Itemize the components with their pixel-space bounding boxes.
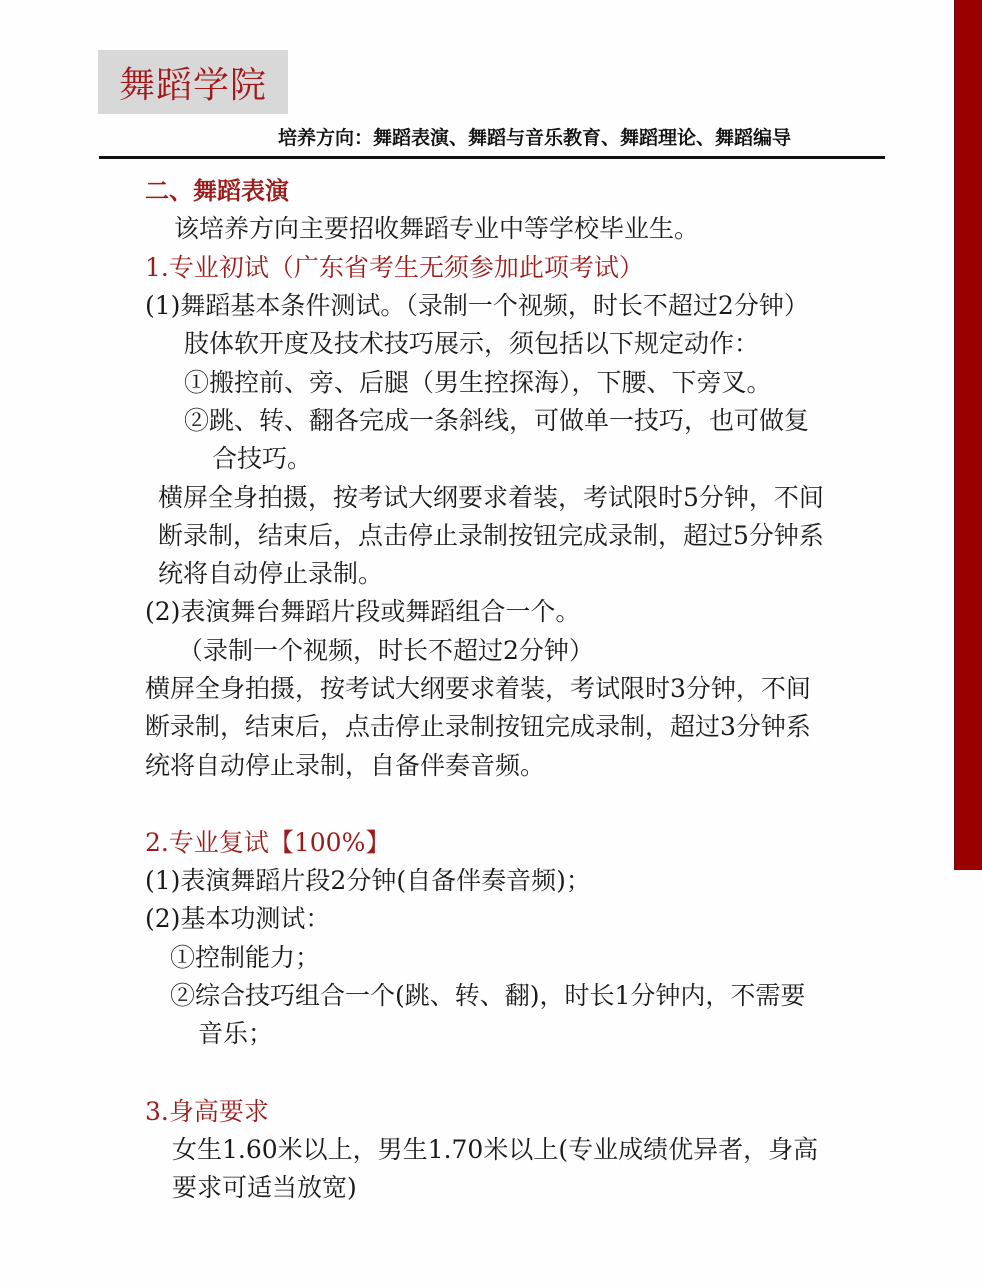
part2-sub2: ②综合技巧组合一个(跳、转、翻)，时长1分钟内，不需要 xyxy=(170,981,805,1011)
part1-item2-note: 横屏全身拍摄，按考试大纲要求着装，考试限时3分钟，不间 xyxy=(145,674,811,704)
part2-item1: (1)表演舞蹈片段2分钟(自备伴奏音频)； xyxy=(145,866,591,896)
page-title: 舞蹈学院 xyxy=(119,57,267,108)
part1-item1-sub2: ②跳、转、翻各完成一条斜线，可做单一技巧，也可做复 xyxy=(184,406,809,436)
decorative-side-bar xyxy=(954,0,982,870)
part2-sub1: ①控制能力； xyxy=(170,943,320,973)
part2-sub2-cont: 音乐； xyxy=(198,1019,273,1049)
part1-item1-note-3: 统将自动停止录制。 xyxy=(158,559,383,589)
part2-item2: (2)基本功测试： xyxy=(145,904,330,934)
part1-item2-note-3: 统将自动停止录制，自备伴奏音频。 xyxy=(145,751,545,781)
part1-item2-note-2: 断录制，结束后，点击停止录制按钮完成录制，超过3分钟系 xyxy=(145,712,811,742)
title-box: 舞蹈学院 xyxy=(98,50,288,114)
training-directions: 培养方向：舞蹈表演、舞蹈与音乐教育、舞蹈理论、舞蹈编导 xyxy=(278,123,791,150)
part3-line1: 女生1.60米以上，男生1.70米以上(专业成绩优异者，身高 xyxy=(172,1135,818,1165)
part2-heading: 2.专业复试【100%】 xyxy=(145,828,390,858)
part1-item1-desc: 肢体软开度及技术技巧展示，须包括以下规定动作： xyxy=(184,329,759,359)
part1-heading: 1.专业初试（广东省考生无须参加此项考试） xyxy=(145,253,644,283)
part3-heading: 3.身高要求 xyxy=(145,1097,269,1127)
part1-item1-note: 横屏全身拍摄，按考试大纲要求着装，考试限时5分钟，不间 xyxy=(158,483,824,513)
part1-item1-note-2: 断录制，结束后，点击停止录制按钮完成录制，超过5分钟系 xyxy=(158,521,824,551)
part1-item2-sub: （录制一个视频，时长不超过2分钟） xyxy=(178,636,594,666)
header-divider xyxy=(99,156,885,159)
part1-item1-sub1: ①搬控前、旁、后腿（男生控探海），下腰、下旁叉。 xyxy=(184,368,772,398)
part3-line2: 要求可适当放宽) xyxy=(172,1173,357,1203)
section-heading: 二、舞蹈表演 xyxy=(145,176,289,206)
part1-item1-sub2-cont: 合技巧。 xyxy=(212,444,312,474)
section-intro: 该培养方向主要招收舞蹈专业中等学校毕业生。 xyxy=(174,214,699,244)
part1-item1-title: (1)舞蹈基本条件测试。（录制一个视频，时长不超过2分钟） xyxy=(145,291,809,321)
part1-item2-title: (2)表演舞台舞蹈片段或舞蹈组合一个。 xyxy=(145,597,580,627)
